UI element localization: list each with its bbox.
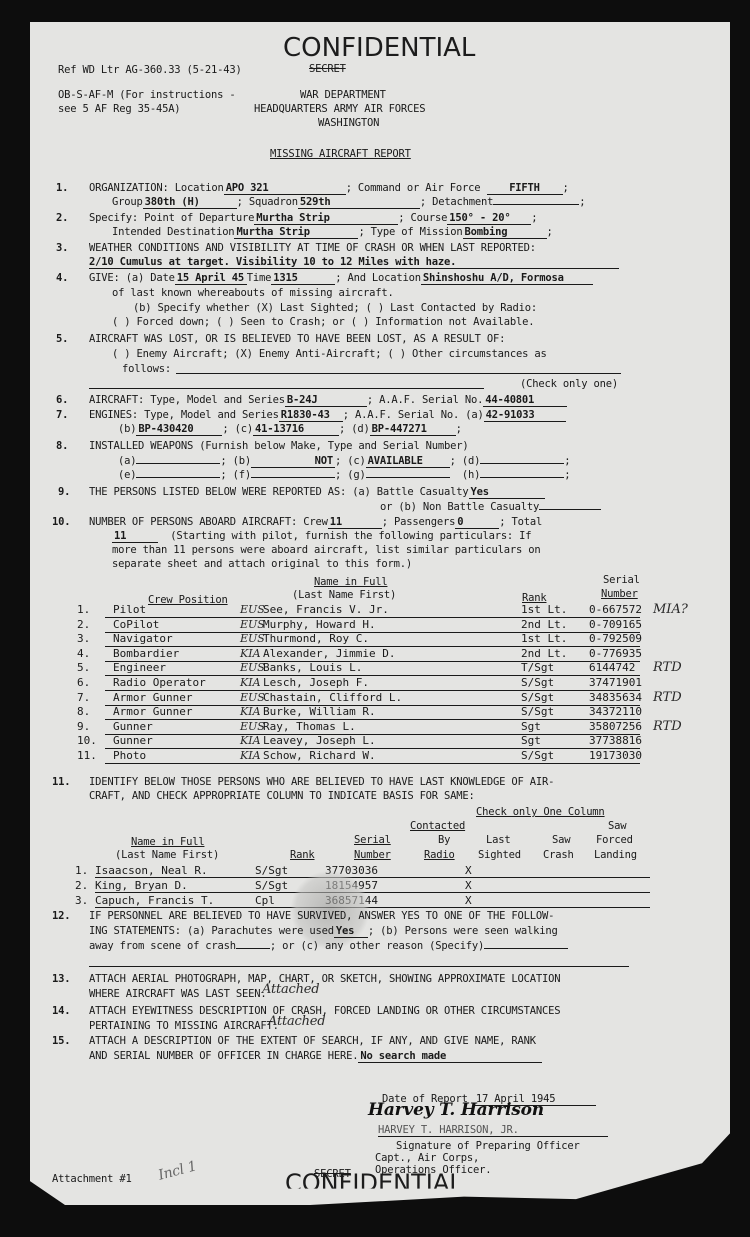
aircraft-serial-label: ; A.A.F. Serial No.: [367, 394, 483, 406]
battle-casualty-label: THE PERSONS LISTED BELOW WERE REPORTED A…: [89, 486, 469, 498]
location-value: APO 321: [224, 182, 346, 195]
crew-row-number: 7.: [77, 691, 90, 704]
crew-table-row: 9.GunnerEUSRay, Thomas L.Sgt35807256RTD: [105, 720, 640, 735]
crew-position: Bombardier: [113, 647, 179, 660]
contacted-header: Contacted: [410, 820, 465, 832]
check-one-column-note: Check only One Column: [476, 806, 605, 818]
crew-status-handwritten: KIA: [240, 647, 261, 660]
crew-name: Schow, Richard W.: [263, 749, 376, 762]
crew-status-handwritten: EUS: [240, 618, 265, 631]
crew-handwritten-note: RTD: [653, 720, 682, 733]
crew-table-row: 1.PilotEUSSee, Francis V. Jr.1st Lt.0-66…: [105, 603, 640, 618]
item15-label-1: ATTACH A DESCRIPTION OF THE EXTENT OF SE…: [89, 1035, 536, 1047]
parachutes-label: ING STATEMENTS: (a) Parachutes were used: [89, 925, 334, 937]
item4-b-line2: ( ) Forced down; ( ) Seen to Crash; or (…: [112, 316, 534, 328]
item12-extra-line: [89, 966, 629, 967]
mission-value: Bombing: [463, 226, 547, 239]
item2-destination-field: Intended DestinationMurtha Strip; Type o…: [112, 226, 553, 239]
form-id-line-1: OB-S-AF-M (For instructions -: [58, 89, 236, 101]
crew-status-handwritten: EUS: [240, 603, 265, 616]
crew-name-header-2: (Last Name First): [292, 589, 396, 601]
item13-label-1: ATTACH AERIAL PHOTOGRAPH, MAP, CHART, OR…: [89, 973, 560, 985]
form-id-line-2: see 5 AF Reg 35-45A): [58, 103, 180, 115]
item-number: 12.: [52, 910, 70, 922]
officer-signature: Harvey T. Harrison: [368, 1104, 544, 1116]
weapons-line-2: (e); (f); (g) (h);: [118, 469, 570, 481]
non-battle-label: or (b) Non Battle Casualty: [380, 501, 539, 513]
date-value: 15 April 45: [175, 272, 247, 285]
total-label: ; Total: [499, 516, 542, 528]
crew-rank: 1st Lt.: [521, 603, 567, 616]
witness-name-header-1: Name in Full: [131, 836, 204, 848]
saw-forced-header-1: Saw: [608, 820, 626, 832]
crew-name: Burke, William R.: [263, 705, 376, 718]
crew-position: CoPilot: [113, 618, 159, 631]
weather-value: 2/10 Cumulus at target. Visibility 10 to…: [89, 256, 619, 269]
crew-row-number: 1.: [77, 603, 90, 616]
crew-rank: T/Sgt: [521, 661, 554, 674]
attachment-label: Attachment #1: [52, 1173, 132, 1185]
squadron-label: ; Squadron: [237, 196, 298, 208]
weather-label: WEATHER CONDITIONS AND VISIBILITY AT TIM…: [89, 242, 536, 254]
item2-field: Specify: Point of DepartureMurtha Strip;…: [89, 212, 537, 225]
time-value: 1315: [271, 272, 335, 285]
crash-scene-label: away from scene of crash: [89, 940, 236, 952]
weapons-label: INSTALLED WEAPONS (Furnish below Make, T…: [89, 440, 469, 452]
crew-name: Thurmond, Roy C.: [263, 632, 369, 645]
item-number: 11.: [52, 776, 70, 788]
crew-table-row: 7.Armor GunnerEUSChastain, Clifford L.S/…: [105, 691, 640, 706]
item4-field: GIVE: (a) Date15 April 45Time1315; And L…: [89, 272, 593, 285]
saw-forced-header-3: Landing: [594, 849, 637, 861]
item14-label-2: PERTAINING TO MISSING AIRCRAFT.: [89, 1020, 279, 1032]
item13-label-2: WHERE AIRCRAFT WAS LAST SEEN.: [89, 988, 267, 1000]
crew-position: Navigator: [113, 632, 173, 645]
battle-casualty-value: Yes: [469, 486, 545, 499]
engine-c-value: 41-13716: [253, 423, 339, 436]
crew-serial-header-1: Serial: [603, 574, 640, 586]
report-title: MISSING AIRCRAFT REPORT: [270, 148, 411, 160]
crew-name: Banks, Louis L.: [263, 661, 362, 674]
mission-label: ; Type of Mission: [358, 226, 462, 238]
item-number: 1.: [56, 182, 68, 194]
crew-handwritten-note: RTD: [653, 691, 682, 704]
struck-classification: SECRET: [309, 63, 346, 75]
crew-table-row: 11.PhotoKIASchow, Richard W.S/Sgt1917303…: [105, 749, 640, 764]
witness-rank: S/Sgt: [255, 879, 288, 892]
saw-crash-header-2: Crash: [543, 849, 574, 861]
follows-line: [176, 373, 621, 374]
item1-label: ORGANIZATION: Location: [89, 182, 224, 194]
engine-b-value: BP-430420: [136, 423, 222, 436]
departure-label: Specify: Point of Departure: [89, 212, 254, 224]
crew-name: Murphy, Howard H.: [263, 618, 376, 631]
crew-table-row: 6.Radio OperatorKIALesch, Joseph F.S/Sgt…: [105, 676, 640, 691]
item-number: 14.: [52, 1005, 70, 1017]
walking-value: [236, 948, 270, 949]
witness-rank: S/Sgt: [255, 864, 288, 877]
crew-status-handwritten: KIA: [240, 734, 261, 747]
parachutes-value: Yes: [334, 925, 368, 938]
crew-serial: 35807256: [589, 720, 642, 733]
item-number: 6.: [56, 394, 68, 406]
destination-label: Intended Destination: [112, 226, 234, 238]
classification-stamp-top: CONFIDENTIAL: [283, 33, 475, 63]
non-battle-value: [539, 509, 601, 510]
crew-status-handwritten: EUS: [240, 691, 265, 704]
crew-position: Gunner: [113, 734, 153, 747]
crew-handwritten-note: MIA?: [653, 603, 688, 616]
item10-instruction-1: (Starting with pilot, furnish the follow…: [170, 530, 531, 542]
witness-serial-header-1: Serial: [354, 834, 391, 846]
dept-line-3: WASHINGTON: [318, 117, 379, 129]
engine-serial-label: ; A.A.F. Serial No. (a): [343, 409, 484, 421]
aircraft-type-label: AIRCRAFT: Type, Model and Series: [89, 394, 285, 406]
group-label: Group: [112, 196, 143, 208]
other-reason-label: ; or (c) any other reason (Specify): [270, 940, 484, 952]
crew-serial-header-2: Number: [601, 588, 638, 600]
crew-status-handwritten: KIA: [240, 749, 261, 762]
witness-last-sighted-check: X: [465, 864, 472, 877]
crew-row-number: 6.: [77, 676, 90, 689]
crew-row-number: 3.: [77, 632, 90, 645]
crew-rank: Sgt: [521, 720, 541, 733]
item15-label-2: AND SERIAL NUMBER OF OFFICER IN CHARGE H…: [89, 1050, 358, 1062]
last-sighted-header-2: Sighted: [478, 849, 521, 861]
crew-row-number: 11.: [77, 749, 97, 762]
passengers-value: 0: [455, 516, 499, 529]
detachment-value: [493, 204, 579, 205]
crew-rank: 2nd Lt.: [521, 618, 567, 631]
witness-rank-header: Rank: [290, 849, 315, 861]
weapon-a-value: [136, 463, 220, 464]
follows-line-2: [89, 388, 484, 389]
witness-rank: Cpl: [255, 894, 275, 907]
dept-line-1: WAR DEPARTMENT: [300, 89, 386, 101]
crew-serial: 0-667572: [589, 603, 642, 616]
item6-field: AIRCRAFT: Type, Model and SeriesB-24J; A…: [89, 394, 567, 407]
item4-b-line: (b) Specify whether (X) Last Sighted; ( …: [133, 302, 537, 314]
crew-rank: S/Sgt: [521, 749, 554, 762]
crew-serial: 6144742: [589, 661, 635, 674]
search-value: No search made: [358, 1050, 542, 1063]
item9-non-battle-field: or (b) Non Battle Casualty: [380, 501, 601, 513]
witness-name: Isaacson, Neal R.: [95, 864, 208, 877]
crew-rank: S/Sgt: [521, 676, 554, 689]
item7-field: ENGINES: Type, Model and SeriesR1830-43;…: [89, 409, 566, 422]
crew-serial: 0-709165: [589, 618, 642, 631]
last-sighted-header-1: Last: [486, 834, 511, 846]
crew-name: Alexander, Jimmie D.: [263, 647, 395, 660]
witness-name-header-2: (Last Name First): [115, 849, 219, 861]
item-number: 7.: [56, 409, 68, 421]
crew-position: Armor Gunner: [113, 691, 192, 704]
item-number: 15.: [52, 1035, 70, 1047]
witness-table-row: 3.Capuch, Francis T.Cpl36857144X: [95, 894, 650, 908]
item-number: 2.: [56, 212, 68, 224]
date-label: GIVE: (a) Date: [89, 272, 175, 284]
weapon-e-value: [136, 477, 220, 478]
crew-serial: 19173030: [589, 749, 642, 762]
engine-a-value: 42-91033: [484, 409, 566, 422]
item12-label-1: IF PERSONNEL ARE BELIEVED TO HAVE SURVIV…: [89, 910, 554, 922]
witness-last-sighted-check: X: [465, 879, 472, 892]
aircraft-serial-value: 44-40801: [483, 394, 567, 407]
engine-type-value: R1830-43: [279, 409, 343, 422]
crew-status-handwritten: KIA: [240, 676, 261, 689]
crew-name-header-1: Name in Full: [314, 576, 387, 588]
crew-serial: 34835634: [589, 691, 642, 704]
item15-line-2: AND SERIAL NUMBER OF OFFICER IN CHARGE H…: [89, 1050, 542, 1063]
item13-handwritten-note: Attached: [262, 984, 319, 996]
witness-row-number: 2.: [75, 879, 88, 892]
crew-table-row: 4.BombardierKIAAlexander, Jimmie D.2nd L…: [105, 647, 640, 662]
crew-name: Lesch, Joseph F.: [263, 676, 369, 689]
crew-serial: 37471901: [589, 676, 642, 689]
crew-rank: 2nd Lt.: [521, 647, 567, 660]
command-label: ; Command or Air Force: [346, 182, 481, 194]
item11-label-1: IDENTIFY BELOW THOSE PERSONS WHO ARE BEL…: [89, 776, 554, 788]
group-value: 380th (H): [143, 196, 237, 209]
crew-status-handwritten: EUS: [240, 661, 265, 674]
crew-count-value: 11: [328, 516, 382, 529]
witness-row-number: 3.: [75, 894, 88, 907]
item12-line-2: ING STATEMENTS: (a) Parachutes were used…: [89, 925, 558, 938]
crew-handwritten-note: RTD: [653, 661, 682, 674]
check-only-one-note: (Check only one): [520, 378, 618, 390]
weapon-d-value: [480, 463, 564, 464]
crew-count-label: NUMBER OF PERSONS ABOARD AIRCRAFT: Crew: [89, 516, 328, 528]
item14-handwritten-note: Attached: [268, 1016, 325, 1028]
location-label: ; And Location: [335, 272, 421, 284]
crew-name: See, Francis V. Jr.: [263, 603, 389, 616]
item-number: 8.: [56, 440, 68, 452]
radio-header-1: By: [438, 834, 450, 846]
crew-rank: Sgt: [521, 734, 541, 747]
item-number: 10.: [52, 516, 70, 528]
crew-position: Engineer: [113, 661, 166, 674]
item9-field: THE PERSONS LISTED BELOW WERE REPORTED A…: [89, 486, 545, 499]
item-number: 4.: [56, 272, 68, 284]
loss-cause-label: AIRCRAFT WAS LOST, OR IS BELIEVED TO HAV…: [89, 333, 505, 345]
crew-row-number: 5.: [77, 661, 90, 674]
signature-label: Signature of Preparing Officer: [396, 1140, 580, 1152]
dept-line-2: HEADQUARTERS ARMY AIR FORCES: [254, 103, 425, 115]
departure-value: Murtha Strip: [254, 212, 398, 225]
crew-name: Leavey, Joseph L.: [263, 734, 376, 747]
total-value: 11: [112, 530, 158, 543]
detachment-label: ; Detachment: [420, 196, 493, 208]
crew-position: Pilot: [113, 603, 146, 616]
squadron-value: 529th: [298, 196, 420, 209]
crew-status-handwritten: EUS: [240, 720, 265, 733]
weapon-g-value: [366, 477, 450, 478]
weapon-b-value: NOT: [251, 455, 335, 468]
crew-row-number: 10.: [77, 734, 97, 747]
crew-table-row: 10.GunnerKIALeavey, Joseph L.Sgt37738816: [105, 734, 640, 749]
crew-serial: 0-792509: [589, 632, 642, 645]
course-value: 150° - 20°: [447, 212, 531, 225]
crew-position: Photo: [113, 749, 146, 762]
follows-label: follows:: [122, 363, 171, 375]
passengers-label: ; Passengers: [382, 516, 455, 528]
loss-cause-options: ( ) Enemy Aircraft; (X) Enemy Anti-Aircr…: [112, 348, 547, 360]
item1-field: ORGANIZATION: LocationAPO 321; Command o…: [89, 182, 569, 195]
command-value: FIFTH: [487, 182, 563, 195]
witness-name: Capuch, Francis T.: [95, 894, 214, 907]
item11-label-2: CRAFT, AND CHECK APPROPRIATE COLUMN TO I…: [89, 790, 475, 802]
officer-name: HARVEY T. HARRISON, JR.: [378, 1124, 608, 1137]
witness-name: King, Bryan D.: [95, 879, 188, 892]
crew-status-handwritten: KIA: [240, 705, 261, 718]
crew-table-row: 3.NavigatorEUSThurmond, Roy C.1st Lt.0-7…: [105, 632, 640, 647]
crew-position: Armor Gunner: [113, 705, 192, 718]
item7-engines-line2: (b)BP-430420; (c)41-13716; (d)BP-447271;: [118, 423, 462, 436]
crew-serial: 34372110: [589, 705, 642, 718]
weapon-h-value: [480, 477, 564, 478]
crew-serial: 37738816: [589, 734, 642, 747]
crew-position: Radio Operator: [113, 676, 206, 689]
crew-row-number: 2.: [77, 618, 90, 631]
crew-rank: 1st Lt.: [521, 632, 567, 645]
crew-rank: S/Sgt: [521, 691, 554, 704]
item10-line2: 11 (Starting with pilot, furnish the fol…: [112, 530, 531, 543]
radio-header-2: Radio: [424, 849, 455, 861]
saw-crash-header-1: Saw: [552, 834, 570, 846]
crew-table-row: 8.Armor GunnerKIABurke, William R.S/Sgt3…: [105, 705, 640, 720]
item-number: 9.: [58, 486, 70, 498]
witness-row-number: 1.: [75, 864, 88, 877]
crew-position: Gunner: [113, 720, 153, 733]
time-label: Time: [247, 272, 272, 284]
engine-type-label: ENGINES: Type, Model and Series: [89, 409, 279, 421]
aircraft-type-value: B-24J: [285, 394, 367, 407]
saw-forced-header-2: Forced: [596, 834, 633, 846]
item12-line-3: away from scene of crash; or (c) any oth…: [89, 940, 568, 952]
weapons-line-1: (a); (b)NOT; (c)AVAILABLE; (d);: [118, 455, 570, 468]
witness-table-row: 1.Isaacson, Neal R.S/Sgt37703036X: [95, 864, 650, 878]
reference-line: Ref WD Ltr AG-360.33 (5-21-43): [58, 64, 242, 76]
crew-name: Chastain, Clifford L.: [263, 691, 402, 704]
weapon-f-value: [251, 477, 335, 478]
item-number: 13.: [52, 973, 70, 985]
officer-title-1: Capt., Air Corps,: [375, 1152, 479, 1164]
witness-last-sighted-check: X: [465, 894, 472, 907]
witness-table-row: 2.King, Bryan D.S/Sgt18154957X: [95, 879, 650, 893]
other-reason-value: [484, 948, 568, 949]
item10-instruction-3: separate sheet and attach original to th…: [112, 558, 412, 570]
item4-line2: of last known whereabouts of missing air…: [112, 287, 394, 299]
engine-d-value: BP-447271: [370, 423, 456, 436]
walking-label: ; (b) Persons were seen walking: [368, 925, 558, 937]
item1-group-field: Group380th (H); Squadron529th; Detachmen…: [112, 196, 585, 209]
course-label: ; Course: [398, 212, 447, 224]
crew-status-handwritten: EUS: [240, 632, 265, 645]
crew-table-row: 2.CoPilotEUSMurphy, Howard H.2nd Lt.0-70…: [105, 618, 640, 633]
destination-value: Murtha Strip: [234, 226, 358, 239]
crew-serial: 0-776935: [589, 647, 642, 660]
item-number: 3.: [56, 242, 68, 254]
crew-row-number: 8.: [77, 705, 90, 718]
item10-instruction-2: more than 11 persons were aboard aircraf…: [112, 544, 541, 556]
item10-field: NUMBER OF PERSONS ABOARD AIRCRAFT: Crew1…: [89, 516, 542, 529]
item-number: 5.: [56, 333, 68, 345]
crew-name: Ray, Thomas L.: [263, 720, 356, 733]
crew-row-number: 4.: [77, 647, 90, 660]
witness-serial-header-2: Number: [354, 849, 391, 861]
last-location-value: Shinshoshu A/D, Formosa: [421, 272, 593, 285]
crew-table-row: 5.EngineerEUSBanks, Louis L.T/Sgt6144742…: [105, 661, 640, 676]
weapon-c-value: AVAILABLE: [366, 455, 450, 468]
crew-row-number: 9.: [77, 720, 90, 733]
crew-rank: S/Sgt: [521, 705, 554, 718]
